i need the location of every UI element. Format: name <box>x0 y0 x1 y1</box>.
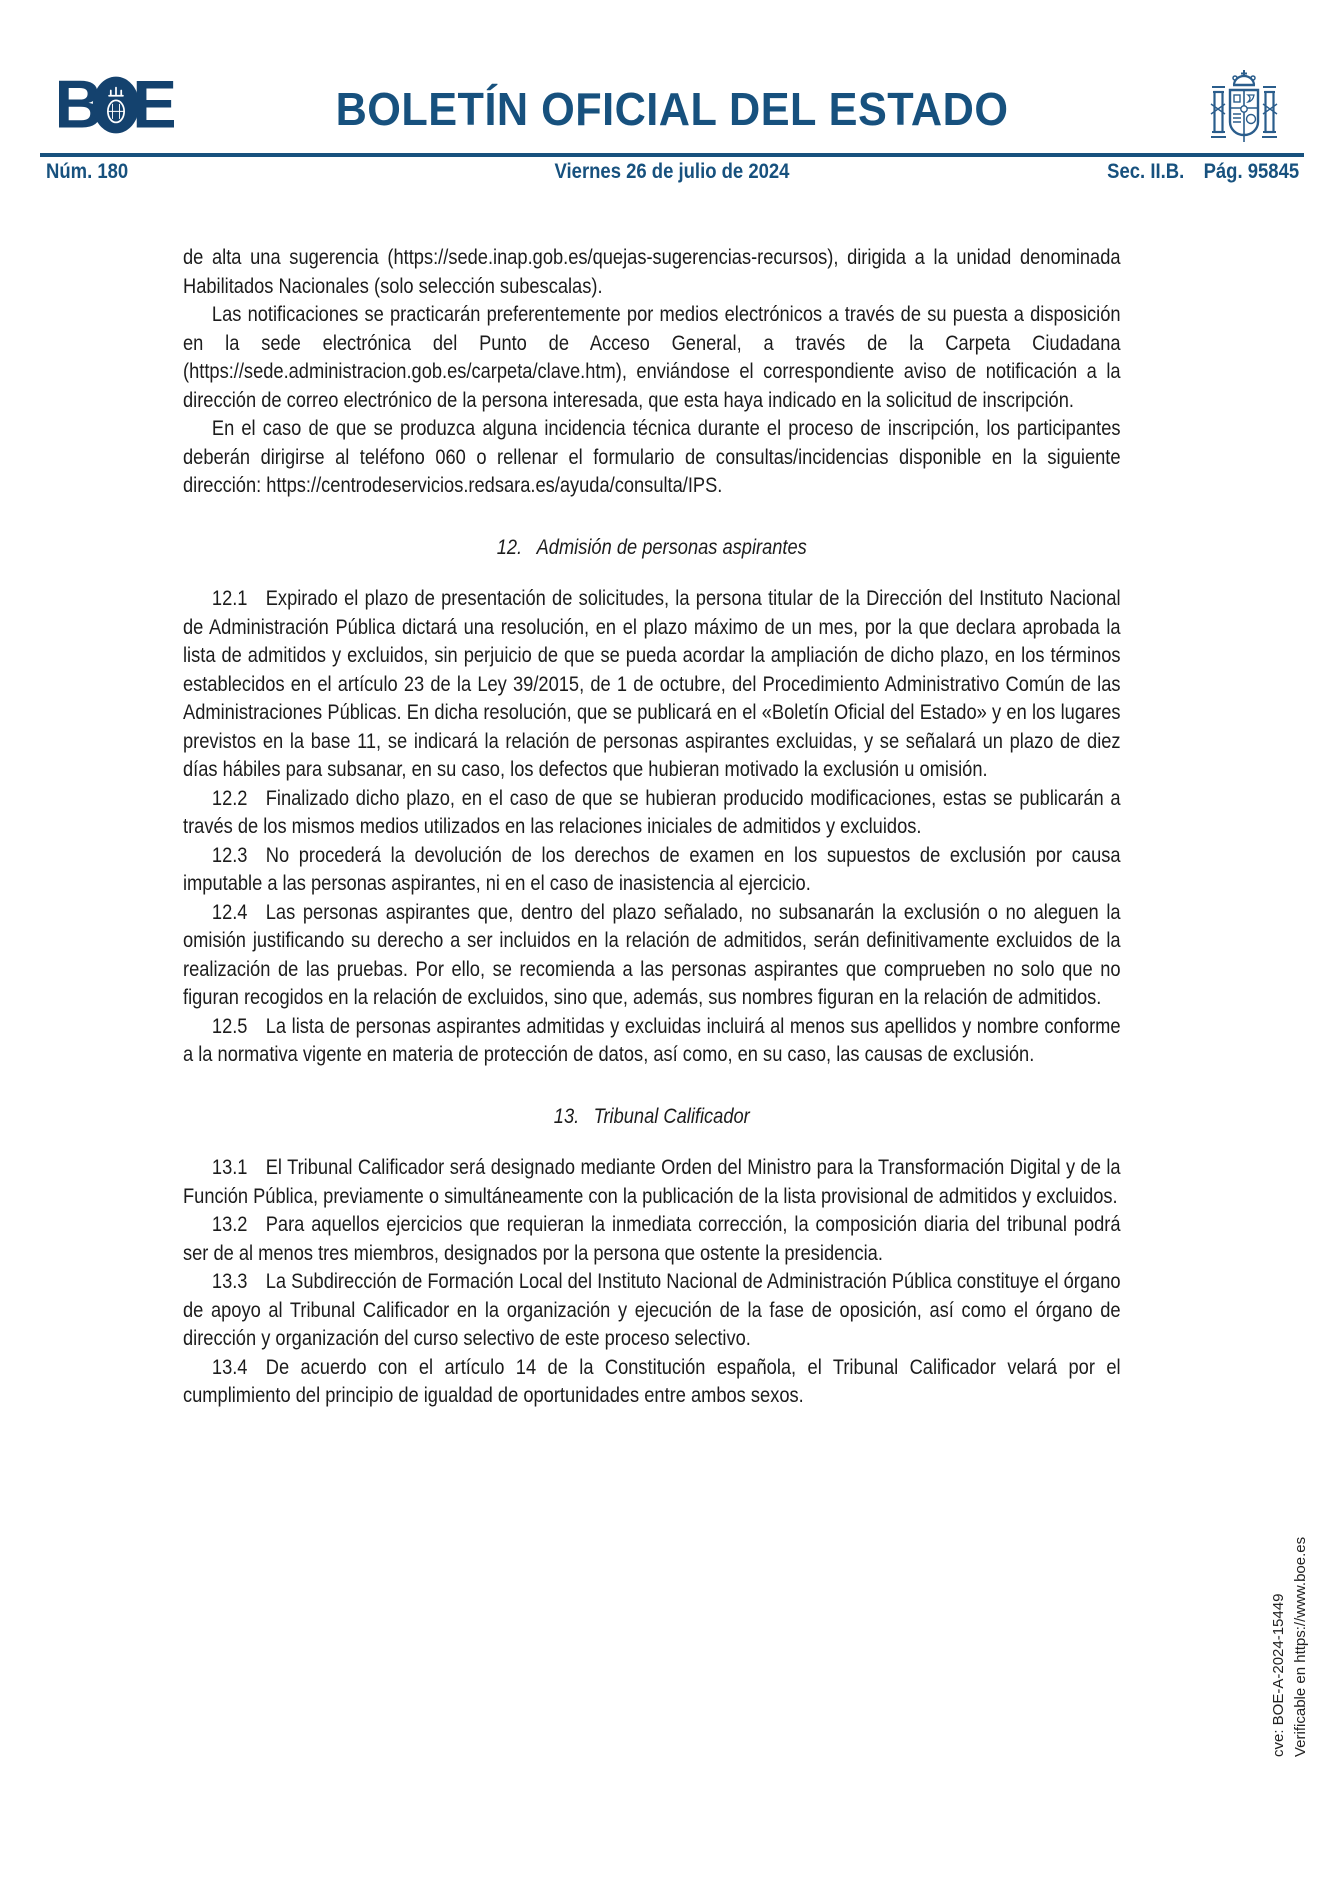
cve-code: cve: BOE-A-2024-15449 <box>1268 1537 1290 1757</box>
paragraph: Las notificaciones se practicarán prefer… <box>183 300 1121 414</box>
boe-page: B E BOLETÍN OFICIAL DEL ESTADO <box>0 0 1344 1900</box>
section-heading-12: 12. Admisión de personas aspirantes <box>183 533 1121 562</box>
paragraph: 12.1 Expirado el plazo de presentación d… <box>183 584 1121 784</box>
section-title: Tribunal Calificador <box>594 1102 750 1131</box>
paragraph: 13.4 De acuerdo con el artículo 14 de la… <box>183 1353 1121 1410</box>
paragraph: de alta una sugerencia (https://sede.ina… <box>183 243 1121 300</box>
section-title: Admisión de personas aspirantes <box>537 533 807 562</box>
paragraph: 12.5 La lista de personas aspirantes adm… <box>183 1012 1121 1069</box>
paragraph: 12.4 Las personas aspirantes que, dentro… <box>183 898 1121 1012</box>
page-title: BOLETÍN OFICIAL DEL ESTADO <box>40 82 1303 136</box>
header-divider-rule <box>40 153 1304 157</box>
section-and-page: Sec. II.B. Pág. 95845 <box>1107 160 1299 184</box>
coat-of-arms-icon <box>1206 64 1282 155</box>
section-heading-13: 13. Tribunal Calificador <box>183 1102 1121 1131</box>
verification-url: Verificable en https://www.boe.es <box>1290 1537 1312 1757</box>
section-number: 12. <box>497 533 522 562</box>
verification-sidebar: cve: BOE-A-2024-15449 Verificable en htt… <box>1268 1537 1311 1757</box>
section-label: Sec. II.B. <box>1107 160 1184 184</box>
document-body: de alta una sugerencia (https://sede.ina… <box>183 243 1121 1410</box>
publication-date: Viernes 26 de julio de 2024 <box>81 160 1264 184</box>
paragraph: 12.2 Finalizado dicho plazo, en el caso … <box>183 784 1121 841</box>
paragraph: 13.2 Para aquellos ejercicios que requie… <box>183 1210 1121 1267</box>
paragraph: 12.3 No procederá la devolución de los d… <box>183 841 1121 898</box>
paragraph: En el caso de que se produzca alguna inc… <box>183 414 1121 500</box>
paragraph: 13.1 El Tribunal Calificador será design… <box>183 1153 1121 1210</box>
section-number: 13. <box>554 1102 579 1131</box>
page-number: Pág. 95845 <box>1203 160 1299 184</box>
paragraph: 13.3 La Subdirección de Formación Local … <box>183 1267 1121 1353</box>
